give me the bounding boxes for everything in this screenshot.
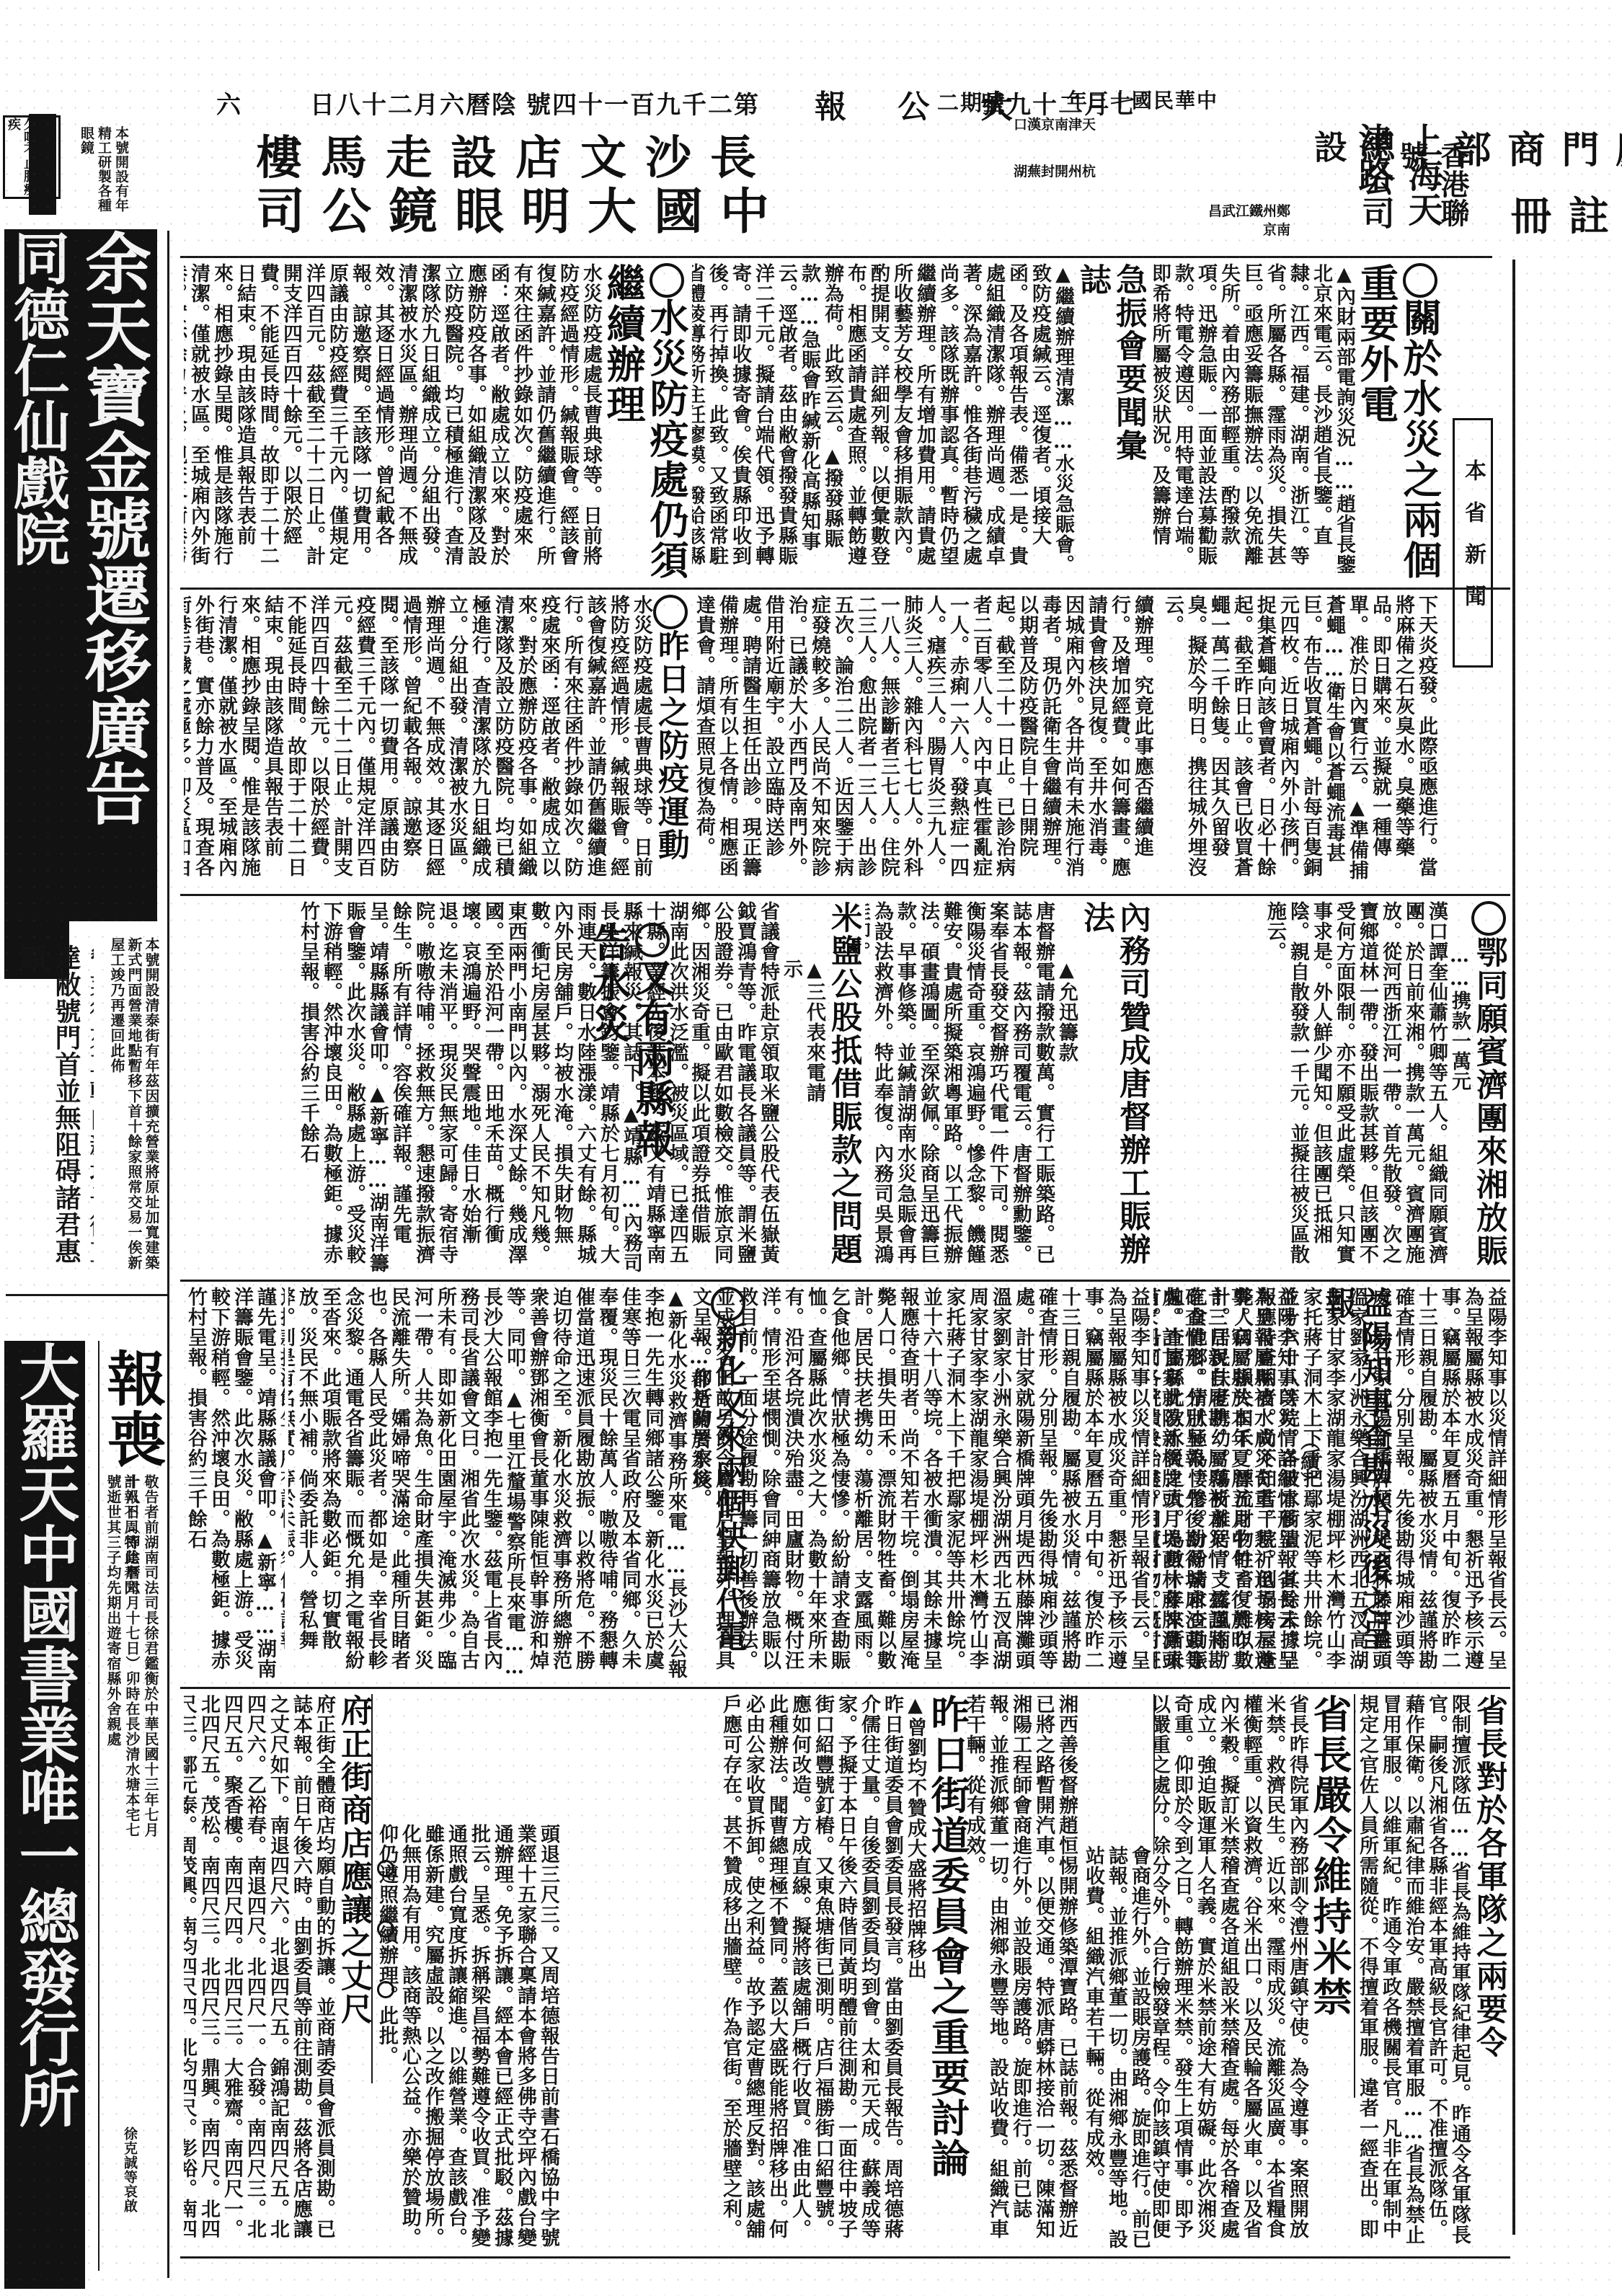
article-governor-orders: 省長對於各軍隊之兩要令 限制擅派隊伍……省長為維持軍隊紀律起見。昨通令各軍隊長官… bbox=[1355, 1694, 1507, 2256]
headline-governor-orders: 省長對於各軍隊之兩要令 bbox=[1471, 1694, 1507, 2256]
row2-rule bbox=[180, 894, 1510, 896]
left-ad-rule bbox=[6, 1294, 167, 1296]
gold-shop-address: 坡子街整理街道敝號仍照常營業往來車輛由新坡子街直達敝號門首並無阻碍諸君惠顧 bbox=[14, 944, 94, 1290]
article-two-counties-cont: 湖南此次洪水泛濫。被災區域。已達四五十縣。業經先後誌本報。茲又有靖縣寧南縣來緘報… bbox=[184, 1287, 285, 1683]
article-wuhan-relief-group: 鄂同願賓濟團來湘放賑 ……携款一萬元 漢口譚奎仙蕭竹卿等五人。組織同願賓濟團。於… bbox=[1153, 901, 1507, 1276]
article-two-counties: 湖南此次洪水泛濫。被災區域。已達四五十縣。業經先後誌本報。茲又有靖縣寧南縣來緘報… bbox=[184, 901, 688, 1276]
right-edge-rule bbox=[1512, 260, 1515, 2235]
article-yesterday-epidemic: 昨日之防疫運動 水災防疫處處長曹典球等。日前將防疫經過情形。緘報賑會。經該會復緘… bbox=[184, 595, 688, 887]
headline-fuzheng-street: 府正街商店應讓之丈尺 bbox=[335, 1694, 371, 2256]
obituary-signature: 徐克誠等哀啟 bbox=[121, 2127, 143, 2256]
article-flood-telegrams: 關於水災之兩個重要外電 ▲內財兩部電詢災況……趙省長鑒北京來電云。長沙趙省長鑒。… bbox=[1153, 263, 1442, 580]
headline-interior-tang: 內務司贊成唐督辦工賑辦法 bbox=[1078, 901, 1150, 1276]
article-epidemic-prevention: 水災防疫處仍須繼續辦理 水災防疫處處長曹典球等。日前將防疫經過情形。緘報賑會。經… bbox=[184, 263, 688, 580]
circle-marker-icon bbox=[1471, 901, 1506, 936]
article-governor-rice-ban: 省長嚴令維持米禁 省長昨得院軍內務部訓令澧州唐鎮守使。為令遵事。案照開放米禁。救… bbox=[1153, 1694, 1352, 2256]
bookstore-black-ad: 大羅天中國書業唯一總發行所 bbox=[4, 1341, 85, 2289]
article-hospital-report: 以此項清潔事宜。恐不能稍緩進行。於事無補。擬應仍由敝處繼續辦理。究竟此事應否繼續… bbox=[692, 595, 1153, 887]
headline-relief-summary: 急振會要聞彙誌 bbox=[1074, 263, 1146, 465]
circle-marker-icon bbox=[635, 923, 670, 957]
headline-rice-salt: 米鹽公股抵借賑款之問題 bbox=[825, 901, 861, 1276]
row5-divider-1 bbox=[1354, 1694, 1355, 2098]
ad-col-3: 廈門商部 bbox=[1442, 130, 1622, 202]
left-ad-divider bbox=[167, 231, 169, 2278]
article-fuzheng-street: 府正街商店應讓之丈尺 府正街全體商店均願自動的拆讓。並商請委員會派員測勘。已誌本… bbox=[184, 1694, 371, 2256]
row1-rule bbox=[180, 588, 1510, 590]
obituary-border bbox=[98, 1341, 99, 2271]
gold-shop-headline-box: 余天寶金號遷移廣告 bbox=[69, 229, 157, 921]
row5-divider-3 bbox=[371, 1694, 373, 2083]
article-street-committee: 湘西善後督辦趙恒惕開辦修築潭寶路。已誌前報。茲悉督辦近已將之路暫開汽車。以便交通… bbox=[649, 1694, 1078, 2256]
circle-marker-icon bbox=[653, 595, 688, 629]
headline-governor-rice-ban: 省長嚴令維持米禁 bbox=[1308, 1694, 1352, 2256]
page-number: 六 bbox=[216, 85, 242, 118]
issue-number: 第二千九百一十四號 bbox=[526, 85, 760, 118]
lunar-date: 陰曆六月二十八日 bbox=[310, 85, 518, 118]
article-yiyang-report: 益陽李知事以災情詳細情形呈報省長云。呈為呈報屬縣被水成災奇重。懇祈迅予核示遵事。… bbox=[1153, 1287, 1507, 1683]
row3-rule bbox=[180, 1280, 1510, 1282]
obituary-notice: 計報不周特此奉聞 bbox=[121, 1474, 143, 1633]
circle-marker-icon bbox=[650, 263, 684, 298]
branch-list-2: 杭州開封蕪湖 bbox=[995, 162, 1096, 181]
circle-marker-icon bbox=[377, 1860, 394, 1877]
headline-yesterday-epidemic: 昨日之防疫運動 bbox=[652, 595, 688, 887]
bottom-markers bbox=[375, 1860, 396, 1998]
article-xinhua-telegrams: 益陽李知事以災情詳細情形呈報省長云。呈為呈報屬縣被水成災奇重。懇祈迅予核示遵事。… bbox=[288, 1287, 1150, 1683]
branch-list-1: 天津南京漢口 bbox=[995, 115, 1096, 134]
bottom-rule bbox=[180, 2256, 1510, 2259]
headline-two-counties: 又有兩縣報告水災 bbox=[588, 923, 674, 1161]
article-relief-summary: 急振會要聞彙誌 ▲繼續辦理清潔……水災急賑會。致防疫處緘云。逕復者。頃接大函。及… bbox=[692, 263, 1146, 580]
gold-shop-notice: 本號開設清泰街有年茲因擴充營業將原址加寬建築新式門面營業地點暫移下首十餘家照常交… bbox=[108, 937, 162, 1283]
article-fertilizer-flies: 下天炎疫發。此際亟應進行。當將麻備之石灰臭水。臭藥等藥品。即日購來。並擬就一種傳… bbox=[1161, 595, 1507, 887]
ad-col-4: 註冊 bbox=[1499, 195, 1615, 260]
row5-divider-2 bbox=[1153, 1694, 1155, 1838]
headline-wuhan-relief: 鄂同願賓濟團來湘放賑 bbox=[1471, 901, 1507, 1276]
circle-marker-icon bbox=[377, 1981, 394, 1998]
headline-flood-telegrams: 關於水災之兩個重要外電 bbox=[1355, 263, 1442, 580]
optical-shop-name-line2: 中國大明眼鏡公司 bbox=[256, 173, 786, 243]
article-rice-salt: 米鹽公股抵借賑款之問題 ▲三代表來電請示 省議會特派赴京領取米鹽公股代表伍嶽黃鉞… bbox=[692, 901, 861, 1276]
theater-black-ad: 同德仁仙戲院 bbox=[4, 229, 69, 979]
row4-rule bbox=[180, 1687, 1510, 1689]
headline-epidemic-prevention: 水災防疫處仍須繼續辦理 bbox=[602, 263, 688, 580]
branch-list-3: 鄭州鐵江武昌南京 bbox=[1204, 202, 1290, 239]
header-rule bbox=[180, 256, 1492, 258]
article-interior-tang: 內務司贊成唐督辦工賑辦法 ▲允迅籌款 唐督辦電請撥款數萬。實行工賑築路。已誌本報… bbox=[865, 901, 1150, 1276]
circle-marker-icon bbox=[377, 1920, 394, 1938]
article-tanbao-road: 湘西善後督辦趙恒惕開辦修築潭寶路。已誌前報。茲悉督辦近已將之路暫開汽車。以便交通… bbox=[1081, 1845, 1153, 2249]
article-theater-demolition: 頭退三尺三。又周培德報告日前書石橋協中字號業經十五家聯合稟請本會將多佛寺空坪內戲… bbox=[375, 1824, 645, 2256]
year: 中華民國十三年 bbox=[1067, 85, 1218, 118]
tiny-ad-logo bbox=[29, 114, 56, 215]
obituary-title: 報喪 bbox=[101, 1348, 163, 1469]
circle-marker-icon bbox=[1403, 263, 1437, 298]
